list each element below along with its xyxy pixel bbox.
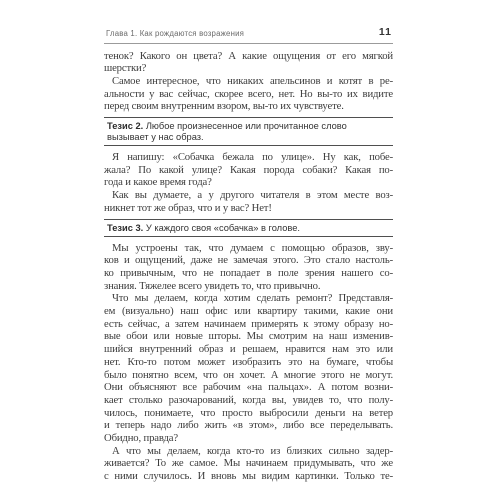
paragraph: Я напишу: «Собачка бежала по улице». Ну …: [104, 151, 393, 189]
text-line: Мы устроены так, что думаем с помощью об…: [104, 242, 393, 255]
thesis-box: Тезис 2. Любое произнесенное или прочита…: [104, 117, 393, 146]
paragraph: Как вы думаете, а у другого читателя в э…: [104, 189, 393, 214]
text-line: и теперь надо либо жить «в этом», либо в…: [104, 419, 393, 432]
page-content: тенок? Какого он цвета? А какие ощущения…: [104, 50, 393, 483]
text-line: кает столько разочарований, когда вы, ув…: [104, 394, 393, 407]
text-line: ков и ощущений, даже не замечая этого. Э…: [104, 254, 393, 267]
text-line: тенок? Какого он цвета? А какие ощущения…: [104, 50, 393, 63]
scanned-book-page: Глава 1. Как рождаются возражения 11 тен…: [0, 0, 500, 500]
text-line: жала? По какой улице? Какая порода собак…: [104, 164, 393, 177]
text-line: живается? То же самое. Мы начинаем приду…: [104, 457, 393, 470]
page-body: Глава 1. Как рождаются возражения 11 тен…: [104, 27, 393, 483]
running-head-chapter: Глава 1. Как рождаются возражения: [106, 29, 244, 38]
paragraph: Мы устроены так, что думаем с помощью об…: [104, 242, 393, 293]
text-line: шерстки?: [104, 62, 393, 75]
text-line: перед своим внутренним взором, вы-то их …: [104, 100, 393, 113]
text-line: никнет тот же образ, что и у вас? Нет!: [104, 202, 393, 215]
text-line: Обидно, правда?: [104, 432, 393, 445]
paragraph: А что мы делаем, когда кто-то из близких…: [104, 445, 393, 483]
text-line: года и какое время года?: [104, 176, 393, 189]
text-line: с ними случилось. И вновь мы видим карти…: [104, 470, 393, 483]
text-line: нет. Кто-то потом может изобразить это н…: [104, 356, 393, 369]
paragraph: Что мы делаем, когда хотим сделать ремон…: [104, 292, 393, 444]
text-line: знания. Тяжелее всего увидеть то, что пр…: [104, 280, 393, 293]
paragraph: Самое интересное, что никаких апельсинов…: [104, 75, 393, 113]
paragraph: тенок? Какого он цвета? А какие ощущения…: [104, 50, 393, 75]
thesis-box: Тезис 3. У каждого своя «собачка» в голо…: [104, 219, 393, 237]
thesis-label: Тезис 2.: [107, 121, 146, 131]
text-line: ко привычным, что не попадает в поле зре…: [104, 267, 393, 280]
text-line: А что мы делаем, когда кто-то из близких…: [104, 445, 393, 458]
text-line: ем (визуально) наш офис или квартиру так…: [104, 305, 393, 318]
text-line: чилось, понимаете, что просто выбросили …: [104, 407, 393, 420]
text-line: Как вы думаете, а у другого читателя в э…: [104, 189, 393, 202]
page-header: Глава 1. Как рождаются возражения 11: [104, 27, 393, 44]
page-number: 11: [379, 27, 392, 38]
text-line: Что мы делаем, когда хотим сделать ремон…: [104, 292, 393, 305]
text-line: есть сейчас, а затем начинаем примерять …: [104, 318, 393, 331]
text-line: альности у вас сейчас, скорее всего, нет…: [104, 88, 393, 101]
text-line: Я напишу: «Собачка бежала по улице». Ну …: [104, 151, 393, 164]
text-line: было понятно всем, что он хочет. А многи…: [104, 369, 393, 382]
thesis-text: У каждого своя «собачка» в голове.: [146, 223, 300, 233]
text-line: Они объясняют все рабочим «на пальцах». …: [104, 381, 393, 394]
text-line: шийся внутренний образ и решаем, нравитс…: [104, 343, 393, 356]
text-line: вые обои или новые шторы. Мы смотрим на …: [104, 330, 393, 343]
thesis-label: Тезис 3.: [107, 223, 146, 233]
text-line: Самое интересное, что никаких апельсинов…: [104, 75, 393, 88]
